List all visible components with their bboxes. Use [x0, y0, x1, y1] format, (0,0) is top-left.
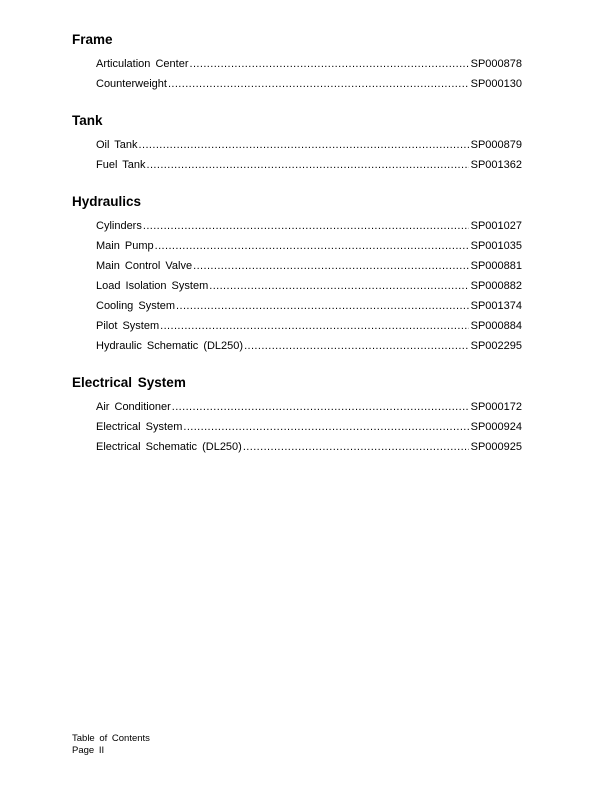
- entry-label: Air Conditioner: [96, 397, 172, 417]
- dot-leader: [160, 316, 468, 336]
- toc-entry[interactable]: Main Pump SP001035: [96, 236, 522, 256]
- section-title: Tank: [72, 113, 522, 129]
- entry-label: Articulation Center: [96, 54, 190, 74]
- entry-label: Electrical System: [96, 417, 183, 437]
- section-frame: Frame Articulation Center SP000878 Count…: [72, 32, 522, 94]
- entry-code: SP001374: [469, 296, 522, 316]
- entry-code: SP000878: [469, 54, 522, 74]
- entry-code: SP001035: [469, 236, 522, 256]
- dot-leader: [209, 276, 468, 296]
- toc-entry[interactable]: Articulation Center SP000878: [96, 54, 522, 74]
- entry-label: Electrical Schematic (DL250): [96, 437, 243, 457]
- footer-page-number: Page II: [72, 745, 150, 757]
- dot-leader: [155, 236, 469, 256]
- entry-label: Pilot System: [96, 316, 160, 336]
- toc-entry[interactable]: Counterweight SP000130: [96, 74, 522, 94]
- section-title: Frame: [72, 32, 522, 48]
- dot-leader: [243, 437, 469, 457]
- toc-entry[interactable]: Electrical Schematic (DL250) SP000925: [96, 437, 522, 457]
- toc-entry[interactable]: Air Conditioner SP000172: [96, 397, 522, 417]
- entry-code: SP000884: [469, 316, 522, 336]
- toc-entry[interactable]: Cylinders SP001027: [96, 216, 522, 236]
- toc-entry[interactable]: Main Control Valve SP000881: [96, 256, 522, 276]
- dot-leader: [172, 397, 469, 417]
- toc-entry[interactable]: Pilot System SP000884: [96, 316, 522, 336]
- dot-leader: [183, 417, 468, 437]
- section-hydraulics: Hydraulics Cylinders SP001027 Main Pump …: [72, 194, 522, 356]
- entry-code: SP001362: [469, 155, 522, 175]
- entry-label: Main Pump: [96, 236, 155, 256]
- entry-code: SP001027: [469, 216, 522, 236]
- entry-label: Cylinders: [96, 216, 143, 236]
- page-footer: Table of Contents Page II: [72, 733, 150, 757]
- toc-entry[interactable]: Fuel Tank SP001362: [96, 155, 522, 175]
- dot-leader: [168, 74, 469, 94]
- toc-entry[interactable]: Hydraulic Schematic (DL250) SP002295: [96, 336, 522, 356]
- toc-entry[interactable]: Load Isolation System SP000882: [96, 276, 522, 296]
- section-title: Electrical System: [72, 375, 522, 391]
- section-tank: Tank Oil Tank SP000879 Fuel Tank SP00136…: [72, 113, 522, 175]
- entry-label: Main Control Valve: [96, 256, 193, 276]
- entry-label: Counterweight: [96, 74, 168, 94]
- dot-leader: [193, 256, 468, 276]
- entry-code: SP000172: [469, 397, 522, 417]
- section-electrical-system: Electrical System Air Conditioner SP0001…: [72, 375, 522, 457]
- entry-label: Hydraulic Schematic (DL250): [96, 336, 244, 356]
- toc-entry[interactable]: Electrical System SP000924: [96, 417, 522, 437]
- dot-leader: [176, 296, 469, 316]
- entry-code: SP000882: [469, 276, 522, 296]
- dot-leader: [139, 135, 469, 155]
- entry-code: SP000924: [469, 417, 522, 437]
- dot-leader: [190, 54, 469, 74]
- entry-label: Cooling System: [96, 296, 176, 316]
- entry-label: Fuel Tank: [96, 155, 147, 175]
- entry-code: SP000925: [469, 437, 522, 457]
- dot-leader: [143, 216, 469, 236]
- entry-label: Oil Tank: [96, 135, 139, 155]
- toc-entry[interactable]: Oil Tank SP000879: [96, 135, 522, 155]
- toc-entry[interactable]: Cooling System SP001374: [96, 296, 522, 316]
- dot-leader: [147, 155, 469, 175]
- entry-code: SP000881: [469, 256, 522, 276]
- entry-code: SP000130: [469, 74, 522, 94]
- dot-leader: [244, 336, 469, 356]
- footer-document-title: Table of Contents: [72, 733, 150, 745]
- entry-code: SP000879: [469, 135, 522, 155]
- entry-label: Load Isolation System: [96, 276, 209, 296]
- section-title: Hydraulics: [72, 194, 522, 210]
- entry-code: SP002295: [469, 336, 522, 356]
